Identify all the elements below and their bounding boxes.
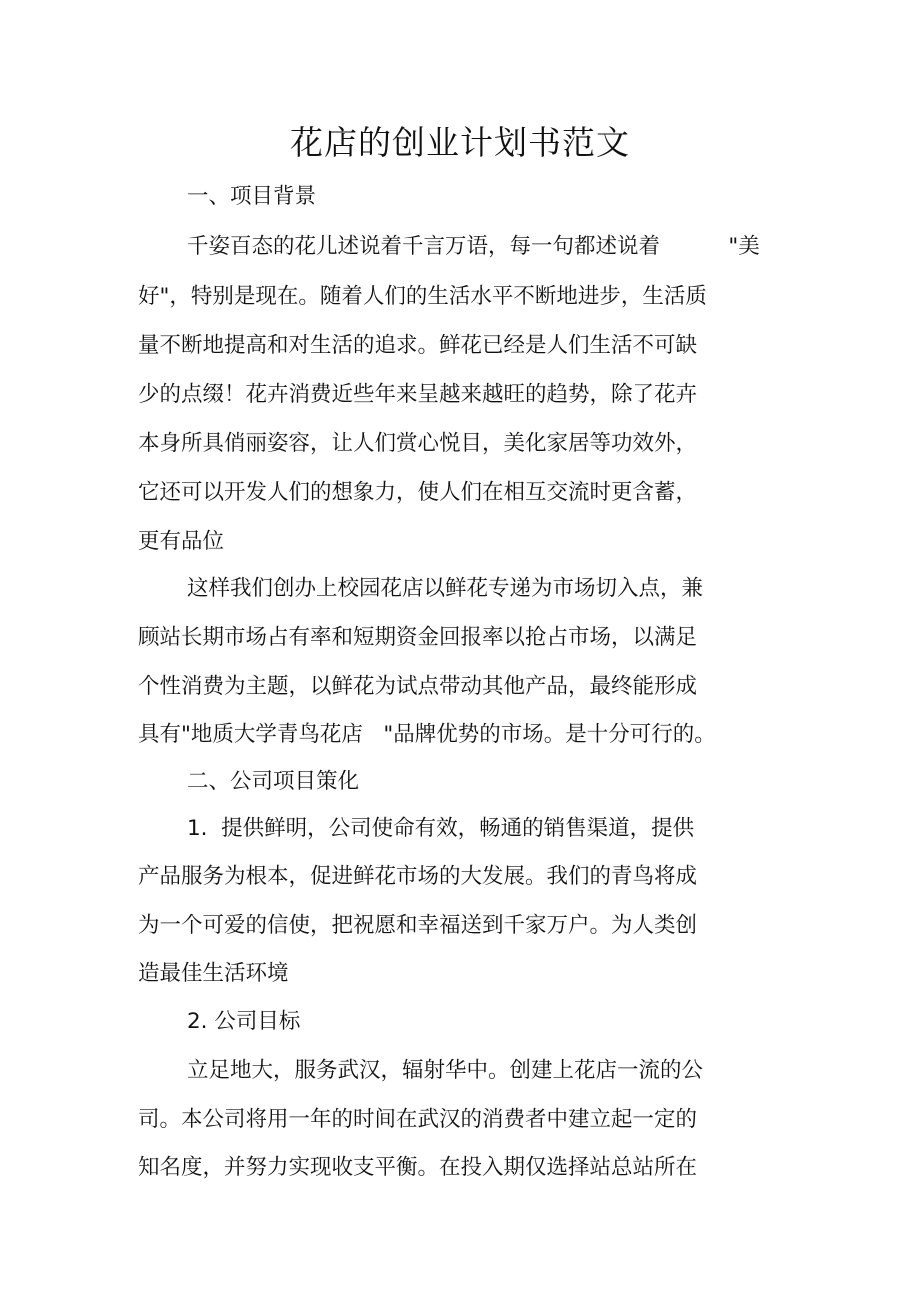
paragraph-line: 量不断地提高和对生活的追求。鲜花已经是人们生活不可缺 bbox=[138, 331, 697, 361]
paragraph-line: 造最佳生活环境 bbox=[138, 959, 289, 989]
paragraph-line: 为一个可爱的信使，把祝愿和幸福送到千家万户。为人类创 bbox=[138, 911, 697, 941]
paragraph-line: 本身所具俏丽姿容，让人们赏心悦目，美化家居等功效外， bbox=[138, 429, 697, 459]
paragraph-line: 立足地大，服务武汉，辐射华中。创建上花店一流的公 bbox=[187, 1056, 703, 1086]
paragraph-line: 产品服务为根本，促进鲜花市场的大发展。我们的青鸟将成 bbox=[138, 862, 697, 892]
paragraph-line: 更有品位 bbox=[138, 527, 224, 557]
paragraph-line: 具有"地质大学青鸟花店 "品牌优势的市场。是十分可行的。 bbox=[138, 720, 716, 750]
section-heading-planning: 二、公司项目策化 bbox=[187, 767, 359, 797]
paragraph-line: 顾站长期市场占有率和短期资金回报率以抢占市场，以满足 bbox=[138, 623, 697, 653]
document-title: 花店的创业计划书范文 bbox=[0, 118, 920, 168]
section-heading-background: 一、项目背景 bbox=[187, 182, 316, 212]
paragraph-line: 这样我们创办上校园花店以鲜花专递为市场切入点，兼 bbox=[187, 574, 703, 604]
paragraph-line: 司。本公司将用一年的时间在武汉的消费者中建立起一定的 bbox=[138, 1105, 697, 1135]
subsection-heading-goals: 2. 公司目标 bbox=[187, 1007, 300, 1037]
paragraph-line: 个性消费为主题，以鲜花为试点带动其他产品，最终能形成 bbox=[138, 672, 697, 702]
paragraph-line: 它还可以开发人们的想象力，使人们在相互交流时更含蓄， bbox=[138, 478, 697, 508]
paragraph-line: 好"，特别是现在。随着人们的生活水平不断地进步，生活质 bbox=[138, 282, 707, 312]
paragraph-line: 1. 提供鲜明，公司使命有效，畅通的销售渠道，提供 bbox=[187, 814, 694, 844]
paragraph-line: 知名度，并努力实现收支平衡。在投入期仅选择站总站所在 bbox=[138, 1153, 697, 1183]
paragraph-line: 千姿百态的花儿述说着千言万语，每一句都述说着 "美 bbox=[187, 232, 760, 262]
document-page: 花店的创业计划书范文 一、项目背景 千姿百态的花儿述说着千言万语，每一句都述说着… bbox=[0, 0, 920, 1303]
paragraph-line: 少的点缀！花卉消费近些年来呈越来越旺的趋势，除了花卉 bbox=[138, 380, 697, 410]
